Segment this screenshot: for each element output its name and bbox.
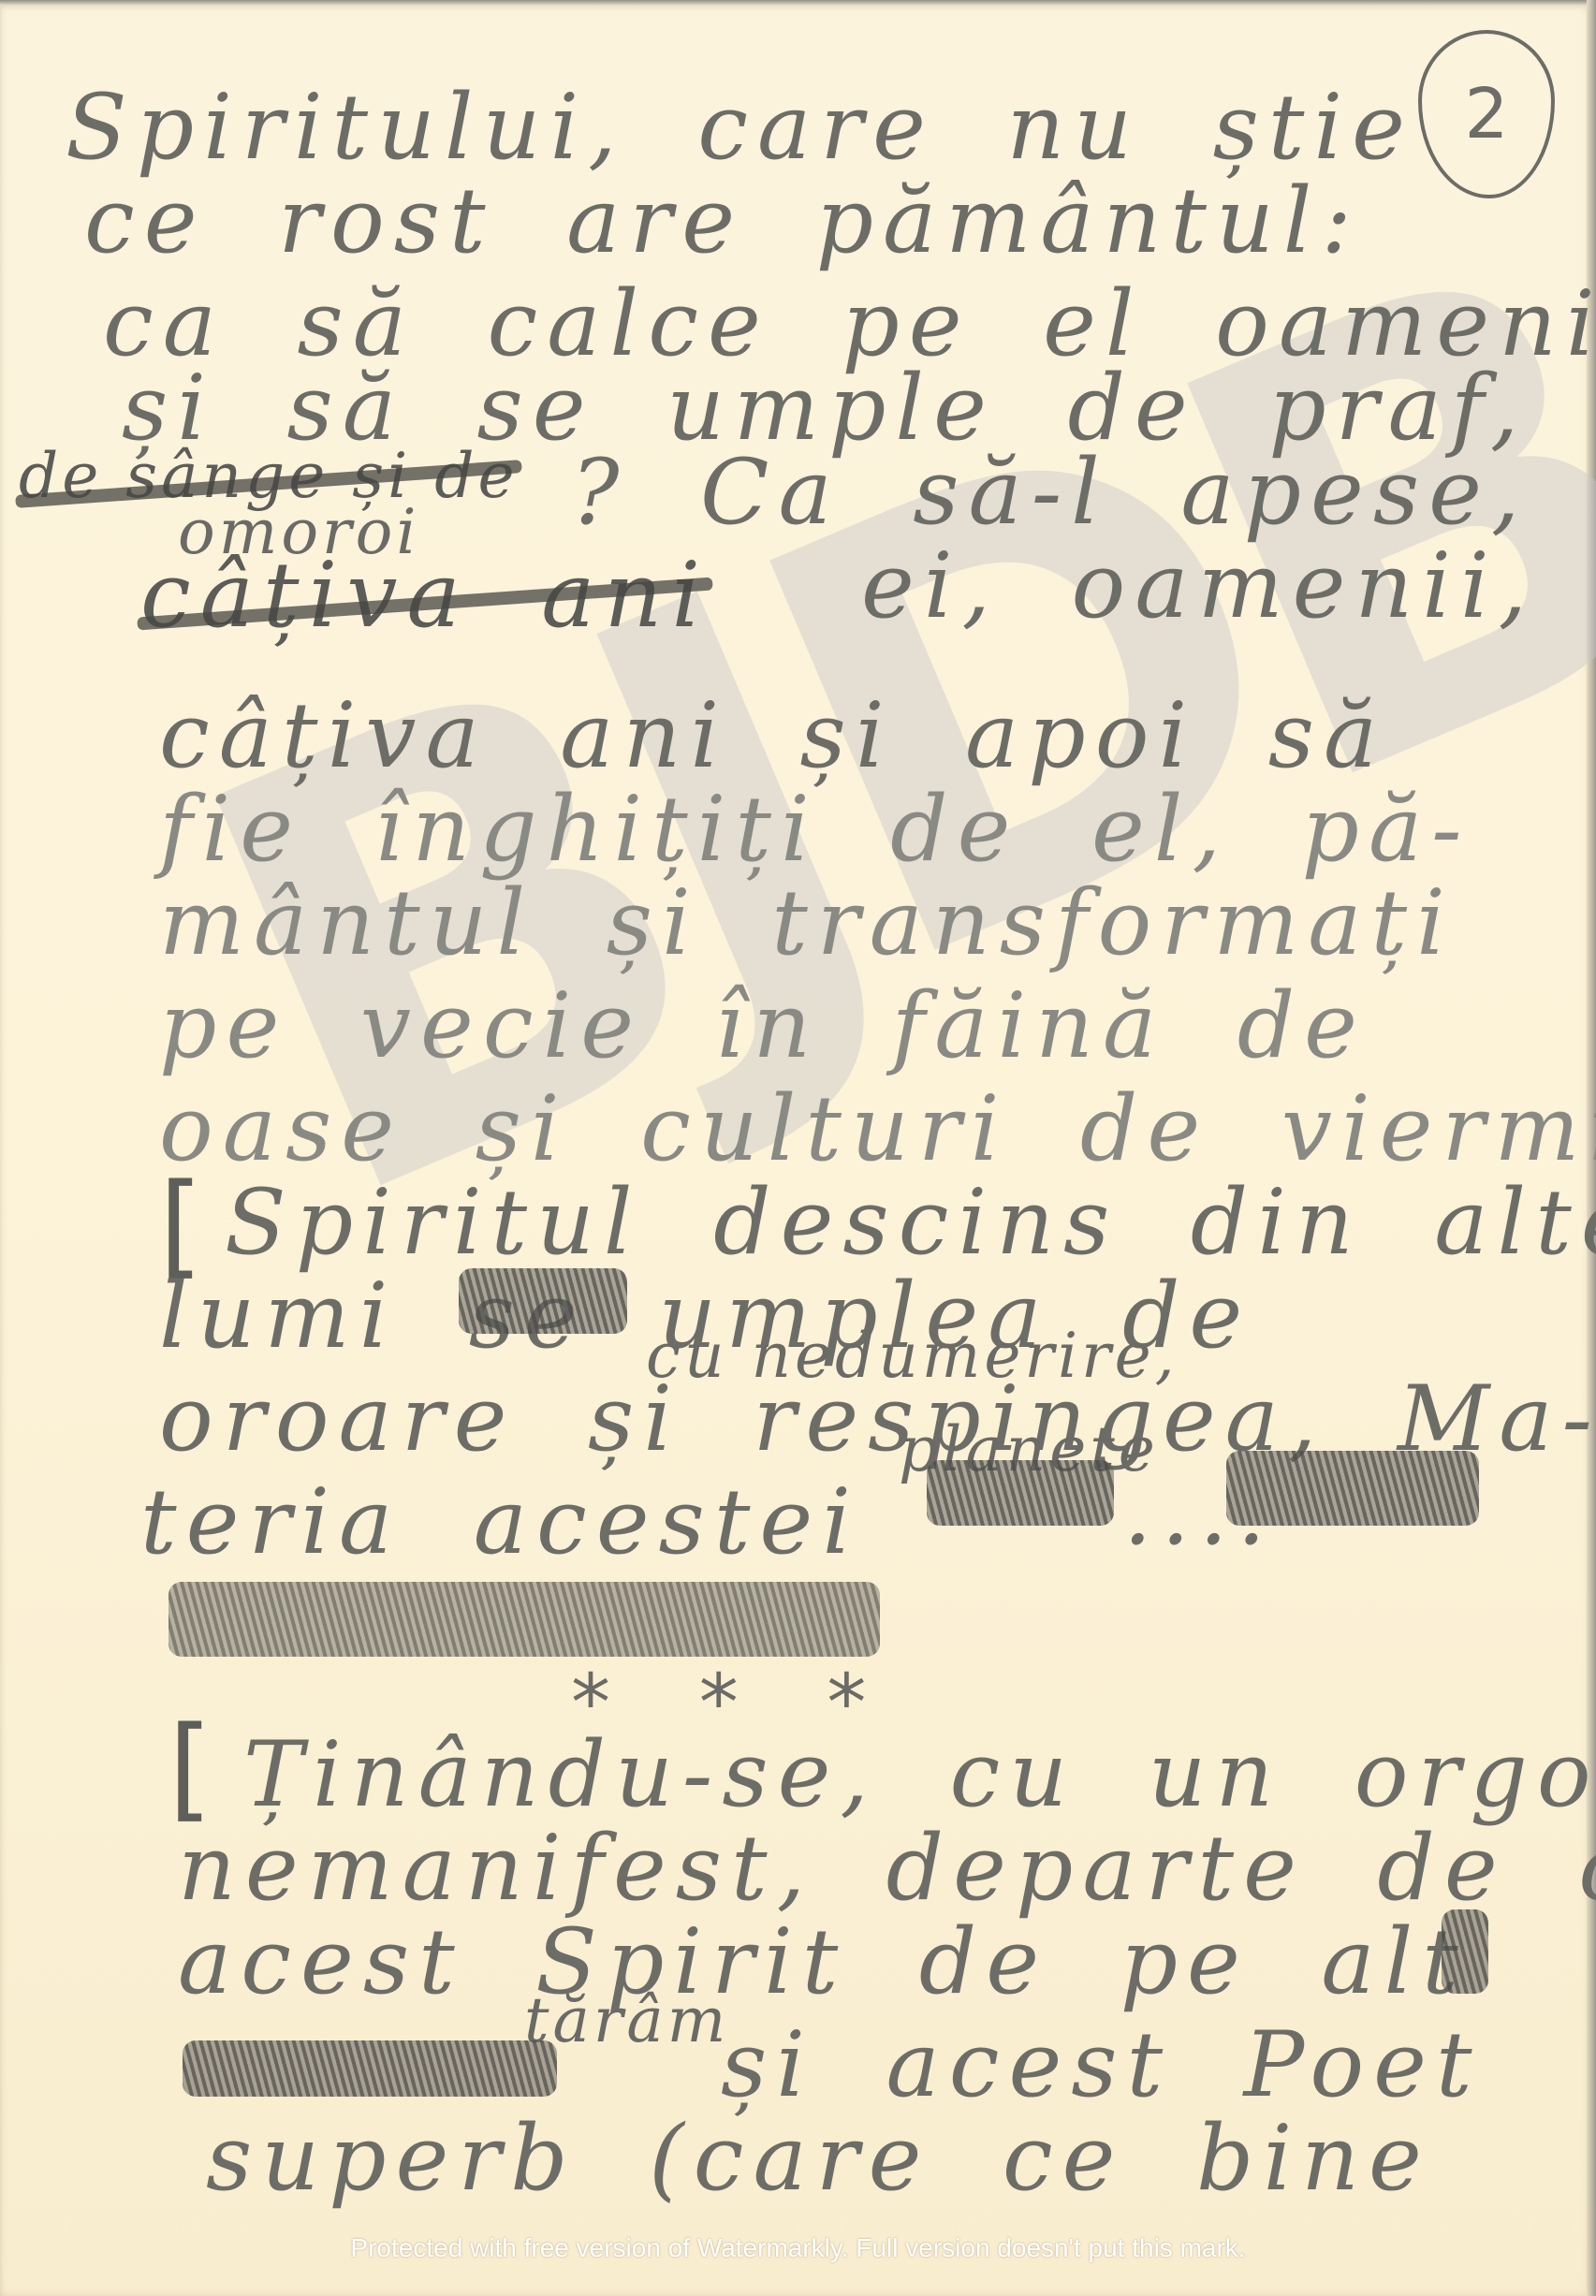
manuscript-line-17: Ținându-se, cu un orgoliu [243, 1722, 1596, 1827]
manuscript-line-12: Spiritul descins din alte [225, 1170, 1596, 1275]
page-number-circle: 2 [1418, 30, 1555, 198]
scribble-erasure [927, 1460, 1114, 1526]
manuscript-line-20: și acest Poet [721, 2012, 1482, 2117]
manuscript-line-19: acest Spirit de pe alt [178, 1909, 1468, 2014]
manuscript-line-1: Spiritului, care nu știe [66, 75, 1414, 180]
manuscript-line-15: teria acestei [140, 1470, 860, 1574]
manuscript-line-9: mântul și transformați [159, 870, 1455, 975]
scribble-erasure [1442, 1909, 1488, 1994]
page-number: 2 [1464, 74, 1508, 154]
scribble-erasure [1226, 1451, 1479, 1526]
manuscript-line-21: superb (care ce bine [206, 2106, 1431, 2211]
bracket-mark: [ [168, 1704, 212, 1834]
manuscript-line-11: oase și culturi de viermi? [159, 1076, 1596, 1181]
manuscript-line-6: ei, oamenii, [861, 534, 1536, 638]
scribble-erasure [459, 1268, 627, 1334]
scribble-erasure [183, 2040, 557, 2097]
struck-text: câțiva ani [140, 543, 710, 648]
manuscript-line-2: ce rost are pământul: [84, 168, 1361, 273]
manuscript-line-10: pe vecie în făină de [159, 973, 1367, 1078]
insert-taram: tărâm [524, 1984, 729, 2056]
manuscript-line-18: nemanifest, departe de oameni, [178, 1816, 1596, 1921]
manuscript-line-6-struck: câțiva ani [140, 543, 710, 648]
watermarkly-footer: Protected with free version of Watermark… [0, 2233, 1596, 2263]
manuscript-line-8: fie înghițiți de el, pă- [159, 777, 1472, 882]
struck-line-scribble [168, 1582, 880, 1657]
manuscript-page: BJDB 2 Spiritului, care nu știe ce rost … [0, 0, 1596, 2296]
manuscript-line-7: câțiva ani și apoi să [159, 683, 1386, 788]
page-top-edge [0, 0, 1596, 6]
manuscript-line-5: ? Ca să-l apese, [571, 440, 1529, 545]
